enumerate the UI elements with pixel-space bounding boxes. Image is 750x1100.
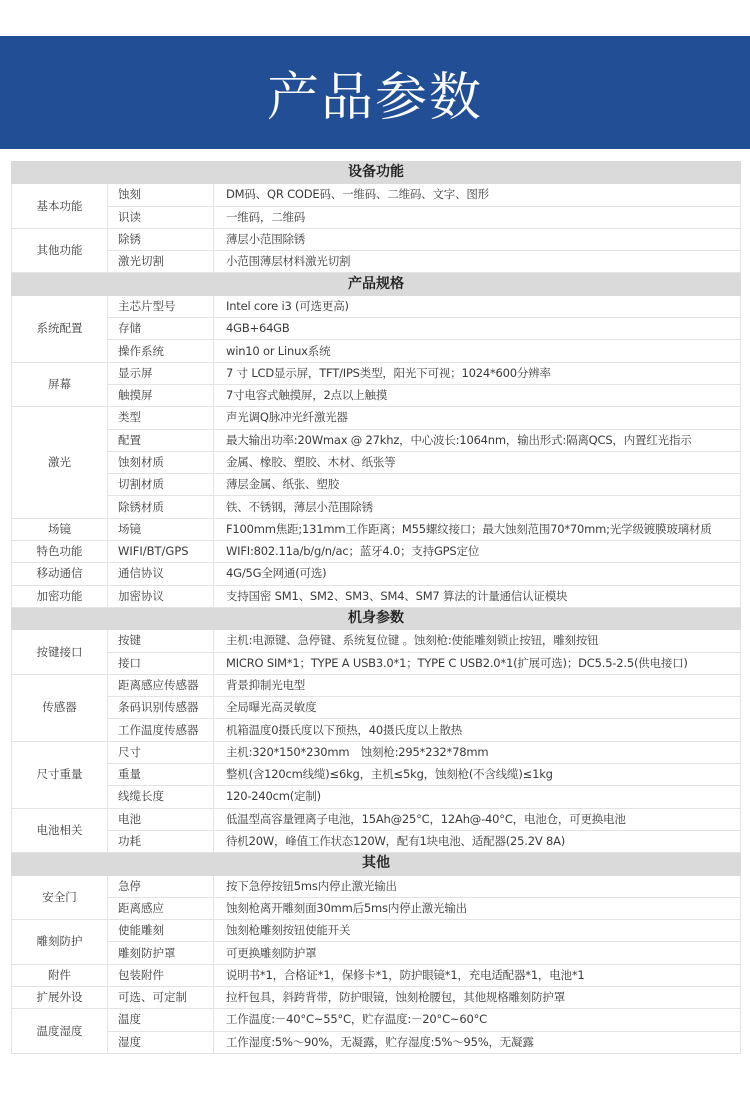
table-row: 距离感应蚀刻枪离开雕刻面30mm后5ms内停止激光输出: [12, 897, 741, 919]
item-cell: 距离感应: [108, 897, 214, 919]
table-row: 激光切割小范围薄层材料激光切割: [12, 251, 741, 273]
value-cell: 工作湿度:5%～90%，无凝露，贮存湿度:5%～95%，无凝露: [214, 1031, 741, 1053]
value-cell: 7 寸 LCD显示屏，TFT/IPS类型，阳光下可视；1024*600分辨率: [214, 362, 741, 384]
item-cell: 存储: [108, 318, 214, 340]
value-cell: 待机20W，峰值工作状态120W，配有1块电池、适配器(25.2V 8A): [214, 830, 741, 852]
section-header: 其他: [12, 853, 741, 875]
value-cell: 主机:电源键、急停键、系统复位键 。蚀刻枪:使能雕刻锁止按钮，雕刻按钮: [214, 630, 741, 652]
table-row: 条码识别传感器全局曝光高灵敏度: [12, 697, 741, 719]
category-cell: 安全门: [12, 875, 108, 920]
item-cell: 重量: [108, 764, 214, 786]
table-row: 雕刻防护使能雕刻蚀刻枪雕刻按钮使能开关: [12, 920, 741, 942]
category-cell: 电池相关: [12, 808, 108, 853]
item-cell: 触摸屏: [108, 384, 214, 406]
category-cell: 雕刻防护: [12, 920, 108, 965]
item-cell: 包装附件: [108, 964, 214, 986]
table-row: 按键接口按键主机:电源键、急停键、系统复位键 。蚀刻枪:使能雕刻锁止按钮，雕刻按…: [12, 630, 741, 652]
title-banner: 产品参数: [0, 36, 750, 149]
table-row: 移动通信通信协议4G/5G全网通(可选): [12, 563, 741, 585]
value-cell: 整机(含120cm线缆)≤6kg，主机≤5kg，蚀刻枪(不含线缆)≤1kg: [214, 764, 741, 786]
value-cell: 低温型高容量锂离子电池，15Ah@25°C，12Ah@-40°C，电池仓，可更换…: [214, 808, 741, 830]
page-title: 产品参数: [267, 55, 483, 130]
category-cell: 场镜: [12, 518, 108, 540]
table-row: 除锈材质铁、不锈钢，薄层小范围除锈: [12, 496, 741, 518]
table-row: 屏幕显示屏7 寸 LCD显示屏，TFT/IPS类型，阳光下可视；1024*600…: [12, 362, 741, 384]
category-cell: 屏幕: [12, 362, 108, 407]
value-cell: 最大输出功率:20Wmax @ 27khz，中心波长:1064nm，输出形式:隔…: [214, 429, 741, 451]
item-cell: 识读: [108, 206, 214, 228]
table-row: 场镜场镜F100mm焦距;131mm工作距离；M55螺纹接口；最大蚀刻范围70*…: [12, 518, 741, 540]
table-row: 操作系统win10 or Linux系统: [12, 340, 741, 362]
section-header: 机身参数: [12, 607, 741, 629]
table-row: 扩展外设可选、可定制拉杆包具，斜跨背带，防护眼镜，蚀刻枪腰包，其他规格雕刻防护罩: [12, 986, 741, 1008]
value-cell: 金属、橡胶、塑胶、木材、纸张等: [214, 451, 741, 473]
value-cell: 7寸电容式触摸屏，2点以上触摸: [214, 384, 741, 406]
item-cell: 接口: [108, 652, 214, 674]
item-cell: 通信协议: [108, 563, 214, 585]
item-cell: 急停: [108, 875, 214, 897]
value-cell: win10 or Linux系统: [214, 340, 741, 362]
table-row: 切割材质薄层金属、纸张、塑胶: [12, 474, 741, 496]
table-row: 加密功能加密协议支持国密 SM1、SM2、SM3、SM4、SM7 算法的计量通信…: [12, 585, 741, 607]
value-cell: 蚀刻枪雕刻按钮使能开关: [214, 920, 741, 942]
table-row: 系统配置主芯片型号Intel core i3 (可选更高): [12, 295, 741, 317]
category-cell: 传感器: [12, 674, 108, 741]
item-cell: 显示屏: [108, 362, 214, 384]
item-cell: 加密协议: [108, 585, 214, 607]
table-row: 线缆长度120-240cm(定制): [12, 786, 741, 808]
table-row: 存储4GB+64GB: [12, 318, 741, 340]
item-cell: 湿度: [108, 1031, 214, 1053]
item-cell: 除锈材质: [108, 496, 214, 518]
item-cell: 蚀刻材质: [108, 451, 214, 473]
value-cell: 薄层金属、纸张、塑胶: [214, 474, 741, 496]
category-cell: 其他功能: [12, 228, 108, 273]
value-cell: 工作温度:－40°C~55°C，贮存温度:－20°C~60°C: [214, 1009, 741, 1031]
table-row: 其他功能除锈薄层小范围除锈: [12, 228, 741, 250]
table-row: 识读一维码，二维码: [12, 206, 741, 228]
table-row: 附件包装附件说明书*1，合格证*1，保修卡*1，防护眼镜*1，充电适配器*1，电…: [12, 964, 741, 986]
table-row: 工作温度传感器机箱温度0摄氏度以下预热，40摄氏度以上散热: [12, 719, 741, 741]
value-cell: 4G/5G全网通(可选): [214, 563, 741, 585]
spec-table: 设备功能基本功能蚀刻DM码、QR CODE码、一维码、二维码、文字、图形识读一维…: [11, 161, 741, 1054]
value-cell: WIFI:802.11a/b/g/n/ac；蓝牙4.0；支持GPS定位: [214, 541, 741, 563]
value-cell: 小范围薄层材料激光切割: [214, 251, 741, 273]
table-row: 雕刻防护罩可更换雕刻防护罩: [12, 942, 741, 964]
table-row: 传感器距离感应传感器背景抑制光电型: [12, 674, 741, 696]
category-cell: 移动通信: [12, 563, 108, 585]
value-cell: 支持国密 SM1、SM2、SM3、SM4、SM7 算法的计量通信认证模块: [214, 585, 741, 607]
item-cell: 蚀刻: [108, 184, 214, 206]
category-cell: 按键接口: [12, 630, 108, 675]
table-row: 尺寸重量尺寸主机:320*150*230mm 蚀刻枪:295*232*78mm: [12, 741, 741, 763]
table-row: 触摸屏7寸电容式触摸屏，2点以上触摸: [12, 384, 741, 406]
table-row: 电池相关电池低温型高容量锂离子电池，15Ah@25°C，12Ah@-40°C，电…: [12, 808, 741, 830]
item-cell: 电池: [108, 808, 214, 830]
value-cell: Intel core i3 (可选更高): [214, 295, 741, 317]
value-cell: 铁、不锈钢，薄层小范围除锈: [214, 496, 741, 518]
category-cell: 激光: [12, 407, 108, 518]
value-cell: 拉杆包具，斜跨背带，防护眼镜，蚀刻枪腰包，其他规格雕刻防护罩: [214, 986, 741, 1008]
item-cell: 可选、可定制: [108, 986, 214, 1008]
item-cell: 激光切割: [108, 251, 214, 273]
table-row: 功耗待机20W，峰值工作状态120W，配有1块电池、适配器(25.2V 8A): [12, 830, 741, 852]
value-cell: 说明书*1，合格证*1，保修卡*1，防护眼镜*1，充电适配器*1，电池*1: [214, 964, 741, 986]
table-row: 温度湿度温度工作温度:－40°C~55°C，贮存温度:－20°C~60°C: [12, 1009, 741, 1031]
item-cell: 使能雕刻: [108, 920, 214, 942]
item-cell: 按键: [108, 630, 214, 652]
value-cell: 全局曝光高灵敏度: [214, 697, 741, 719]
value-cell: 可更换雕刻防护罩: [214, 942, 741, 964]
item-cell: 线缆长度: [108, 786, 214, 808]
spec-table-body: 设备功能基本功能蚀刻DM码、QR CODE码、一维码、二维码、文字、图形识读一维…: [12, 162, 741, 1054]
table-row: 安全门急停按下急停按钮5ms内停止激光输出: [12, 875, 741, 897]
value-cell: DM码、QR CODE码、一维码、二维码、文字、图形: [214, 184, 741, 206]
item-cell: 功耗: [108, 830, 214, 852]
item-cell: 切割材质: [108, 474, 214, 496]
table-row: 配置最大输出功率:20Wmax @ 27khz，中心波长:1064nm，输出形式…: [12, 429, 741, 451]
table-row: 激光类型声光调Q脉冲光纤激光器: [12, 407, 741, 429]
table-row: 基本功能蚀刻DM码、QR CODE码、一维码、二维码、文字、图形: [12, 184, 741, 206]
value-cell: 声光调Q脉冲光纤激光器: [214, 407, 741, 429]
value-cell: 蚀刻枪离开雕刻面30mm后5ms内停止激光输出: [214, 897, 741, 919]
item-cell: 除锈: [108, 228, 214, 250]
table-row: 蚀刻材质金属、橡胶、塑胶、木材、纸张等: [12, 451, 741, 473]
table-row: 接口MICRO SIM*1；TYPE A USB3.0*1；TYPE C USB…: [12, 652, 741, 674]
category-cell: 尺寸重量: [12, 741, 108, 808]
value-cell: 4GB+64GB: [214, 318, 741, 340]
value-cell: 背景抑制光电型: [214, 674, 741, 696]
section-title: 其他: [12, 853, 741, 875]
section-header: 产品规格: [12, 273, 741, 295]
category-cell: 特色功能: [12, 541, 108, 563]
item-cell: 雕刻防护罩: [108, 942, 214, 964]
table-row: 湿度工作湿度:5%～90%，无凝露，贮存湿度:5%～95%，无凝露: [12, 1031, 741, 1053]
value-cell: 薄层小范围除锈: [214, 228, 741, 250]
item-cell: 工作温度传感器: [108, 719, 214, 741]
value-cell: F100mm焦距;131mm工作距离；M55螺纹接口；最大蚀刻范围70*70mm…: [214, 518, 741, 540]
table-row: 特色功能WIFI/BT/GPSWIFI:802.11a/b/g/n/ac；蓝牙4…: [12, 541, 741, 563]
item-cell: 主芯片型号: [108, 295, 214, 317]
value-cell: 主机:320*150*230mm 蚀刻枪:295*232*78mm: [214, 741, 741, 763]
value-cell: 机箱温度0摄氏度以下预热，40摄氏度以上散热: [214, 719, 741, 741]
item-cell: 条码识别传感器: [108, 697, 214, 719]
section-title: 产品规格: [12, 273, 741, 295]
value-cell: 120-240cm(定制): [214, 786, 741, 808]
category-cell: 加密功能: [12, 585, 108, 607]
item-cell: 尺寸: [108, 741, 214, 763]
section-header: 设备功能: [12, 162, 741, 184]
value-cell: 按下急停按钮5ms内停止激光输出: [214, 875, 741, 897]
item-cell: 场镜: [108, 518, 214, 540]
category-cell: 系统配置: [12, 295, 108, 362]
item-cell: 温度: [108, 1009, 214, 1031]
item-cell: 操作系统: [108, 340, 214, 362]
item-cell: 距离感应传感器: [108, 674, 214, 696]
category-cell: 基本功能: [12, 184, 108, 229]
value-cell: 一维码，二维码: [214, 206, 741, 228]
item-cell: 类型: [108, 407, 214, 429]
value-cell: MICRO SIM*1；TYPE A USB3.0*1；TYPE C USB2.…: [214, 652, 741, 674]
item-cell: WIFI/BT/GPS: [108, 541, 214, 563]
category-cell: 附件: [12, 964, 108, 986]
section-title: 机身参数: [12, 607, 741, 629]
table-row: 重量整机(含120cm线缆)≤6kg，主机≤5kg，蚀刻枪(不含线缆)≤1kg: [12, 764, 741, 786]
category-cell: 温度湿度: [12, 1009, 108, 1054]
category-cell: 扩展外设: [12, 986, 108, 1008]
section-title: 设备功能: [12, 162, 741, 184]
item-cell: 配置: [108, 429, 214, 451]
